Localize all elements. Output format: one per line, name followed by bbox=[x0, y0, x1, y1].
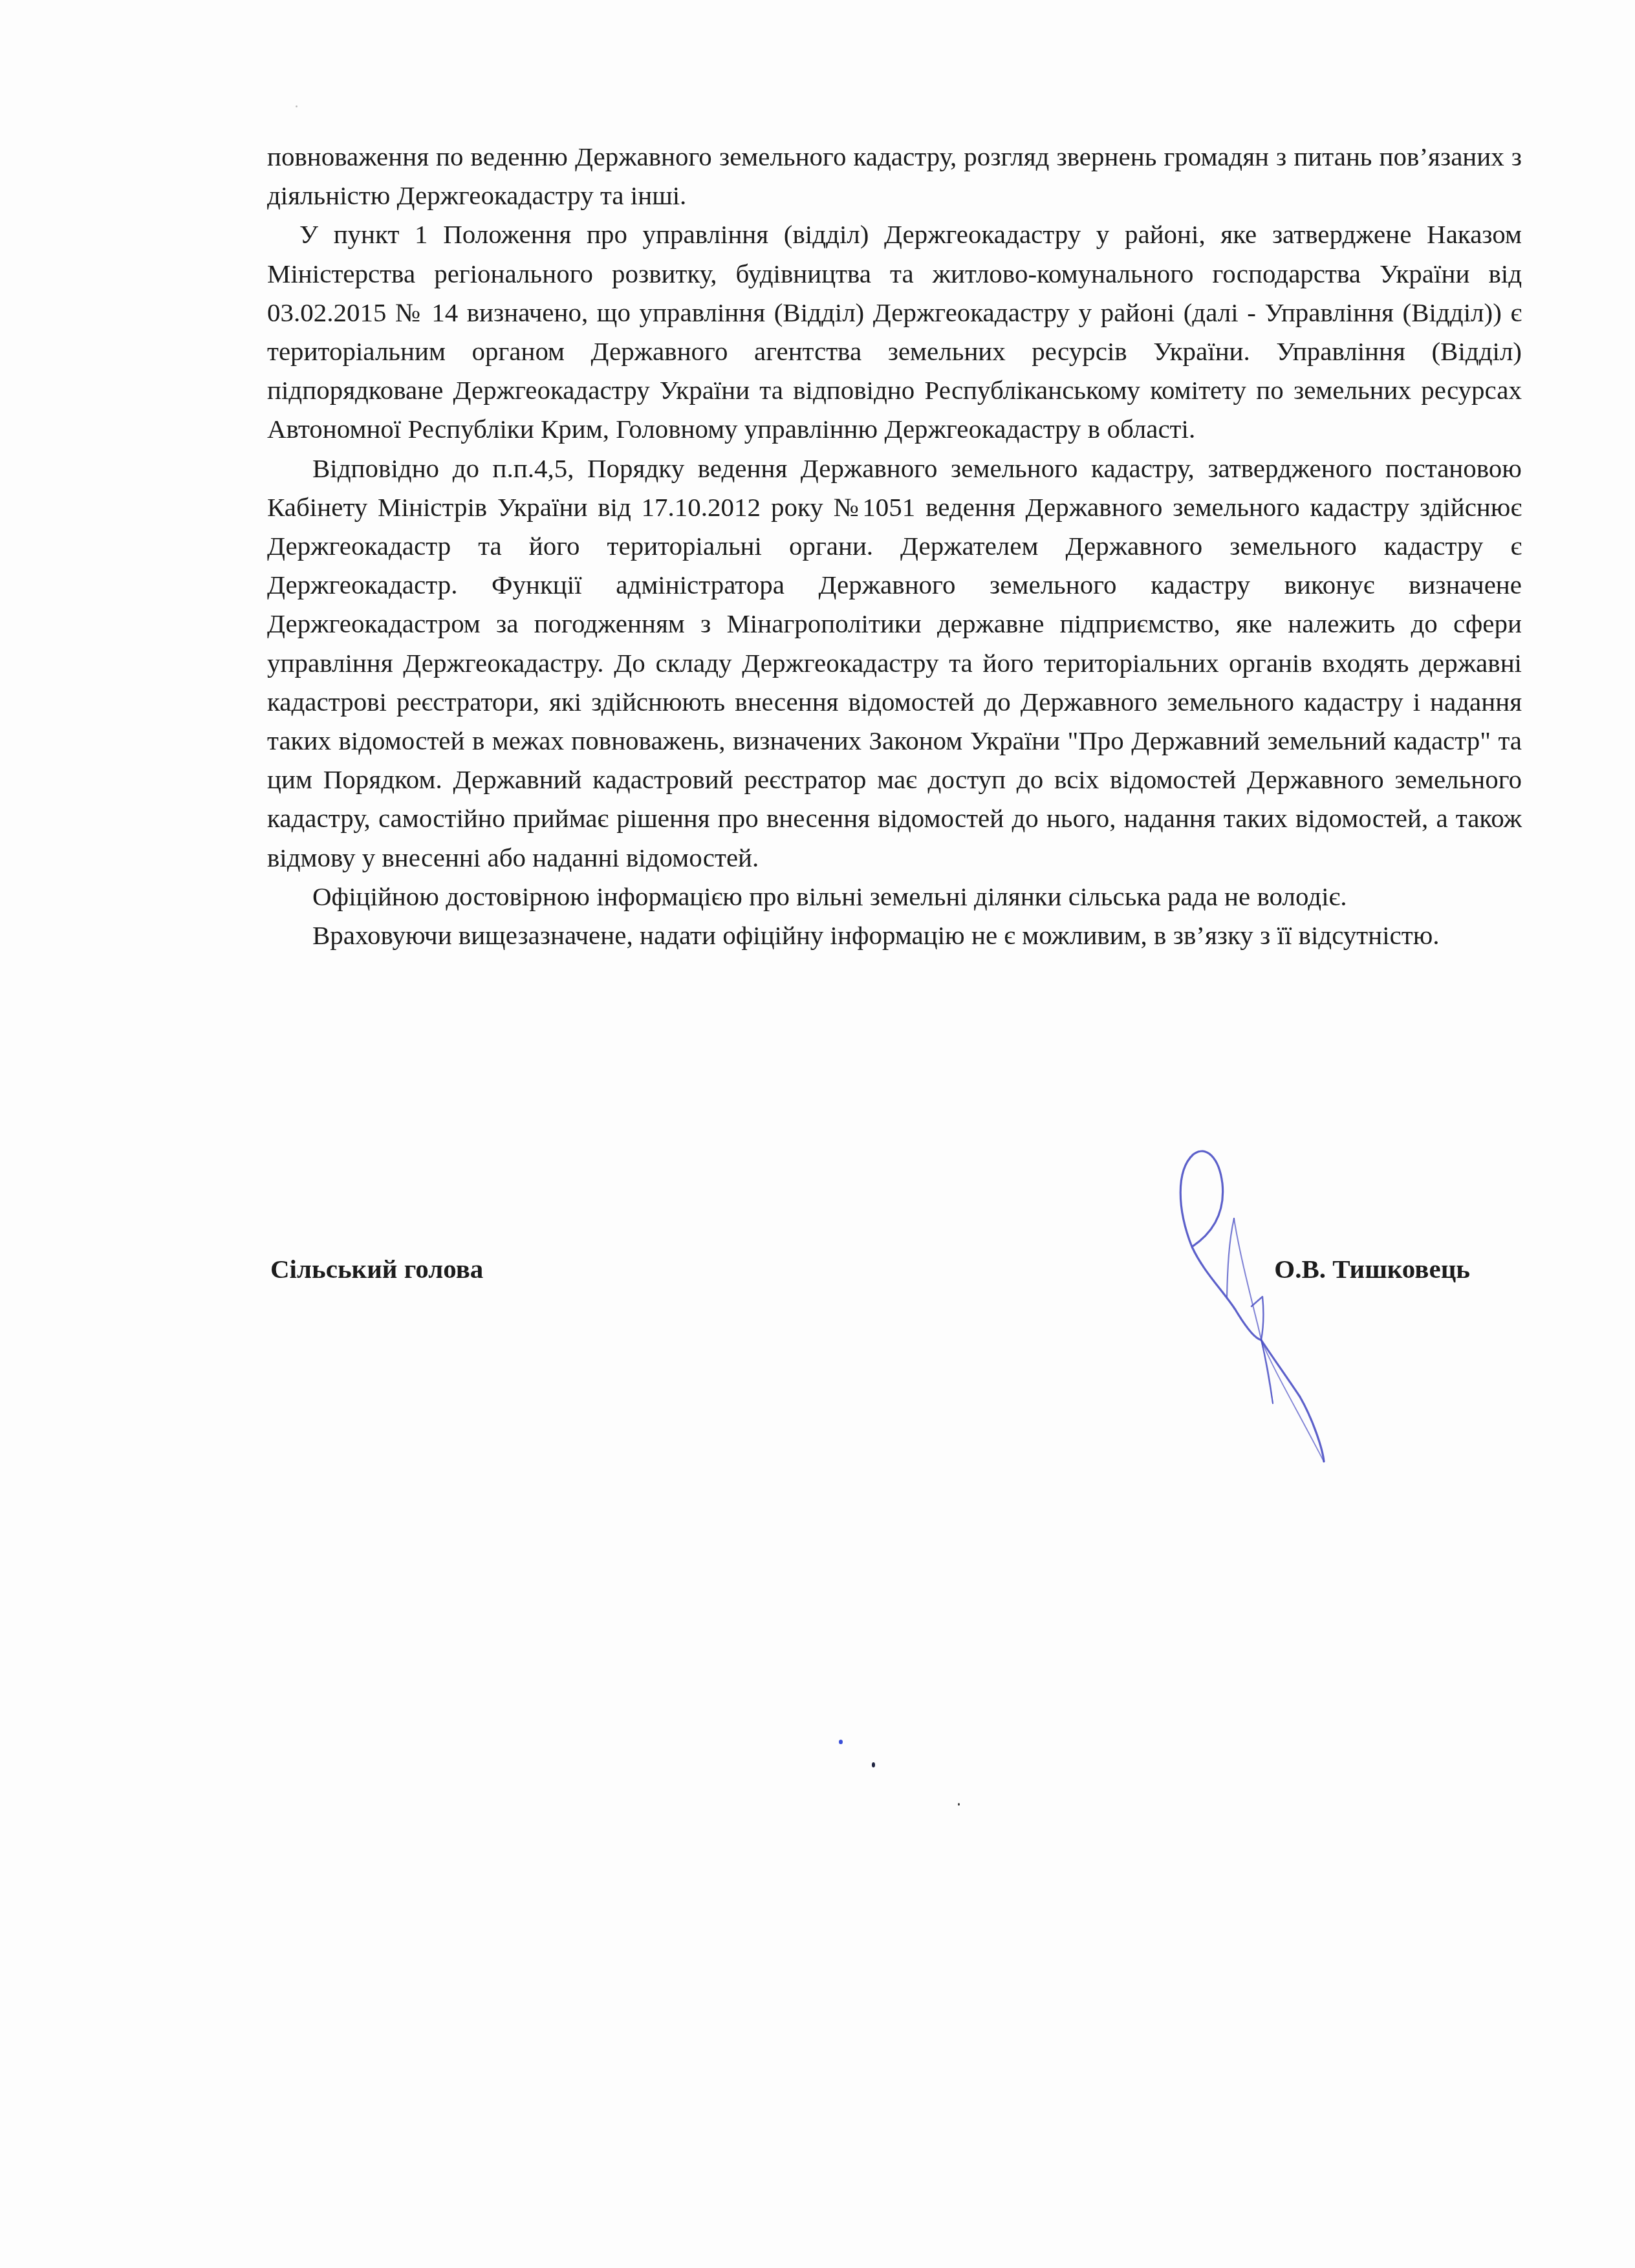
paragraph-regulation-clause: У пункт 1 Положення про управління (відд… bbox=[267, 215, 1522, 448]
scan-speck bbox=[839, 1740, 843, 1744]
paragraph-conclusion: Враховуючи вищезазначене, надати офіційн… bbox=[267, 916, 1522, 955]
document-page: повноваження по веденню Державного земел… bbox=[0, 0, 1635, 2268]
document-body: повноваження по веденню Державного земел… bbox=[267, 137, 1522, 955]
scan-speck bbox=[872, 1762, 875, 1767]
handwritten-signature-icon bbox=[1132, 1132, 1391, 1649]
paragraph-no-information: Офіційною достовірною інформацією про ві… bbox=[267, 877, 1522, 916]
scan-speck bbox=[958, 1803, 960, 1806]
scan-speck bbox=[296, 105, 298, 107]
paragraph-cadastre-procedure: Відповідно до п.п.4,5, Порядку ведення Д… bbox=[267, 449, 1522, 877]
signatory-title: Сільський голова bbox=[270, 1253, 483, 1284]
paragraph-continuation: повноваження по веденню Державного земел… bbox=[267, 137, 1522, 215]
